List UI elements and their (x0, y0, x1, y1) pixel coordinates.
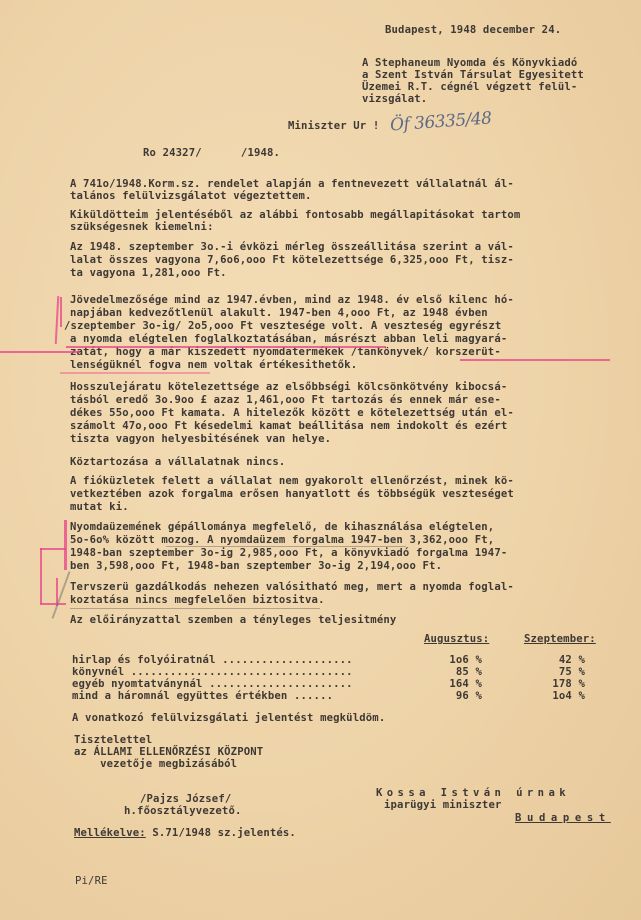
paragraph-line: Az előirányzattal szemben a tényleges te… (70, 614, 396, 627)
table-row-label: mind a háromnál együttes értékben ...... (72, 690, 333, 703)
salutation: Miniszter Ur ! (288, 120, 379, 133)
signatory-title: h.főosztályvezető. (124, 805, 242, 818)
margin-highlight-mark (40, 548, 42, 604)
margin-highlight-mark (40, 548, 66, 550)
column-header-september: Szeptember: (524, 633, 596, 646)
underline-highlight-mark (66, 346, 386, 348)
closing-line: A vonatkozó felülvizsgálati jelentést me… (72, 712, 385, 725)
addressee-title: iparügyi miniszter (384, 799, 502, 812)
paragraph-line: Az 1948. szeptember 3o.-i évközi mérleg … (70, 241, 514, 254)
attachment-line: Mellékelve: S.71/1948 sz.jelentés. (74, 827, 296, 840)
pencil-mark (52, 571, 71, 619)
paragraph-line: Köztartozása a vállalatnak nincs. (70, 456, 285, 469)
attachment-value: S.71/1948 sz.jelentés. (146, 827, 296, 839)
paragraph-line: dékes 55o,ooo Ft kamata. A hitelezők köz… (70, 407, 514, 420)
table-cell-august: 96 % (400, 690, 482, 703)
paragraph-line: vetkeztében azok forgalma erősen hanyatl… (70, 488, 514, 501)
paragraph-line: lenségüknél fogva nem voltak értékesithe… (70, 359, 357, 372)
paragraph-line: ta vagyona 1,281,ooo Ft. (70, 267, 227, 280)
paragraph-line: napjában kedvezőtlenül alakult. 1947-ben… (70, 307, 488, 320)
document-page: Budapest, 1948 december 24. A Stephaneum… (0, 0, 641, 920)
paragraph-line: a nyomda elégtelen foglalkoztatásában, m… (70, 333, 507, 346)
paragraph-line: Jövedelmezősége mind az 1947.évben, mind… (70, 294, 514, 307)
margin-highlight-mark (64, 520, 67, 570)
underline-highlight-mark (460, 359, 610, 361)
subject-line: vizsgálat. (362, 93, 427, 106)
paragraph-line: koztatása nincs megfelelően biztositva. (70, 594, 325, 607)
pencil-underline (70, 608, 320, 609)
paragraph-line: tiszta vagyon helyesbitésének van helye. (70, 433, 331, 446)
signature-line: vezetője megbizásából (74, 758, 237, 771)
column-header-august: Augusztus: (424, 633, 489, 646)
paragraph-line: /szeptember 3o-ig/ 2o5,ooo Ft vesztesége… (64, 320, 501, 333)
margin-highlight-mark (60, 297, 62, 327)
paragraph-line: tásból eredő 3o.9oo £ azaz 1,461,ooo Ft … (70, 394, 501, 407)
paragraph-line: Nyomdaüzemének gépállománya megfelelő, d… (70, 521, 494, 534)
paragraph-line: szükségesnek kiemelni: (70, 221, 214, 234)
margin-highlight-mark (40, 603, 66, 605)
reference-number: Ro 24327/ /1948. (143, 147, 280, 160)
pencil-underline (166, 546, 406, 547)
paragraph-line: zatát, hogy a már kiszedett nyomdatermék… (70, 346, 501, 359)
paragraph-line: A fióküzletek felett a vállalat nem gyak… (70, 475, 514, 488)
paragraph-line: lalat összes vagyona 7,6o6,ooo Ft kötele… (70, 254, 514, 267)
paragraph-line: mutat ki. (70, 501, 129, 514)
underline-highlight-mark (0, 351, 80, 353)
paragraph-line: számolt 47o,ooo Ft késedelmi kamat beáll… (70, 420, 507, 433)
underline-highlight-mark (60, 372, 210, 374)
paragraph-line: 1948-ban szeptember 3o-ig 2,985,ooo Ft, … (70, 547, 507, 560)
paragraph-line: Tervszerü gazdálkodás nehezen valósithat… (70, 581, 514, 594)
table-cell-september: 1o4 % (500, 690, 585, 703)
paragraph-line: ben 3,598,ooo Ft, 1948-ban szeptember 3o… (70, 560, 442, 573)
margin-highlight-mark (55, 296, 60, 344)
initials: Pi/RE (75, 875, 108, 888)
handwritten-reference: Öf 36335/48 (389, 108, 492, 135)
addressee-city: Budapest (515, 812, 611, 825)
paragraph-line: talános felülvizsgálatot végeztettem. (70, 190, 312, 203)
place-date: Budapest, 1948 december 24. (385, 24, 561, 37)
paragraph-line: Hosszulejáratu kötelezettsége az elsőbbs… (70, 381, 507, 394)
attachment-label: Mellékelve: (74, 827, 146, 839)
